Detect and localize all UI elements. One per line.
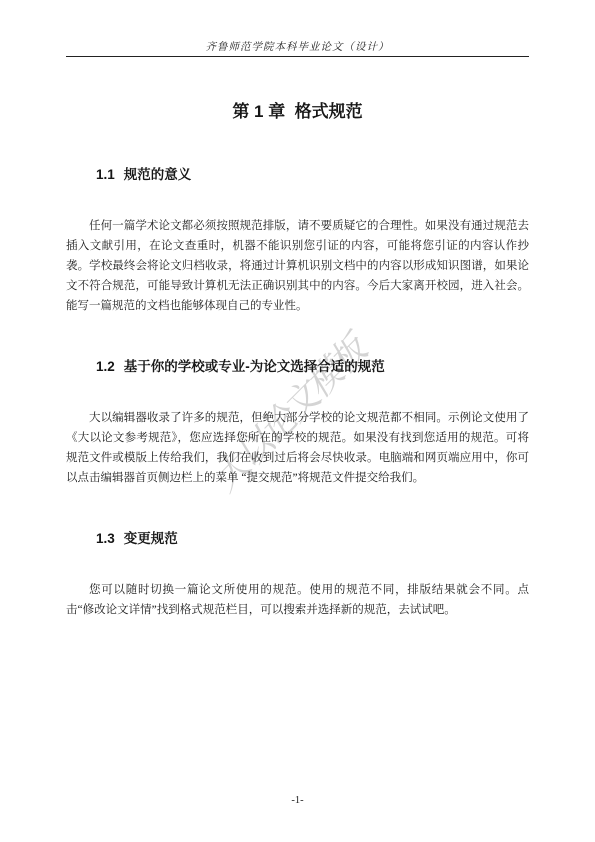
section-paragraph: 您可以随时切换一篇论文所使用的规范。使用的规范不同，排版结果就会不同。点击“修改… bbox=[66, 580, 529, 620]
section-title: 基于你的学校或专业-为论文选择合适的规范 bbox=[124, 359, 385, 374]
document-page: 齐鲁师范学院本科毕业论文（设计） 大以论文模板 第 1 章 格式规范 1.1规范… bbox=[0, 0, 595, 842]
page-header: 齐鲁师范学院本科毕业论文（设计） bbox=[66, 39, 529, 54]
chapter-title: 第 1 章 格式规范 bbox=[66, 100, 529, 124]
header-rule bbox=[66, 56, 529, 57]
section-number: 1.3 bbox=[96, 531, 115, 546]
page-number: -1- bbox=[291, 795, 303, 806]
section-1-3: 1.3变更规范 您可以随时切换一篇论文所使用的规范。使用的规范不同，排版结果就会… bbox=[66, 512, 529, 620]
header-text: 齐鲁师范学院本科毕业论文（设计） bbox=[206, 42, 390, 53]
section-heading-1-3: 1.3变更规范 bbox=[66, 512, 529, 566]
section-paragraph: 大以编辑器收录了许多的规范，但绝大部分学校的论文规范都不相同。示例论文使用了《大… bbox=[66, 408, 529, 488]
section-heading-1-2: 1.2基于你的学校或专业-为论文选择合适的规范 bbox=[66, 340, 529, 394]
section-title: 变更规范 bbox=[124, 531, 178, 546]
section-paragraph: 任何一篇学术论文都必须按照规范排版，请不要质疑它的合理性。如果没有通过规范去插入… bbox=[66, 216, 529, 316]
section-number: 1.1 bbox=[96, 167, 115, 182]
page-footer: -1- bbox=[0, 795, 595, 806]
section-number: 1.2 bbox=[96, 359, 115, 374]
section-1-2: 1.2基于你的学校或专业-为论文选择合适的规范 大以编辑器收录了许多的规范，但绝… bbox=[66, 340, 529, 488]
section-1-1: 1.1规范的意义 任何一篇学术论文都必须按照规范排版，请不要质疑它的合理性。如果… bbox=[66, 148, 529, 316]
section-title: 规范的意义 bbox=[124, 167, 192, 182]
document-content: 第 1 章 格式规范 1.1规范的意义 任何一篇学术论文都必须按照规范排版，请不… bbox=[66, 90, 529, 620]
section-heading-1-1: 1.1规范的意义 bbox=[66, 148, 529, 202]
